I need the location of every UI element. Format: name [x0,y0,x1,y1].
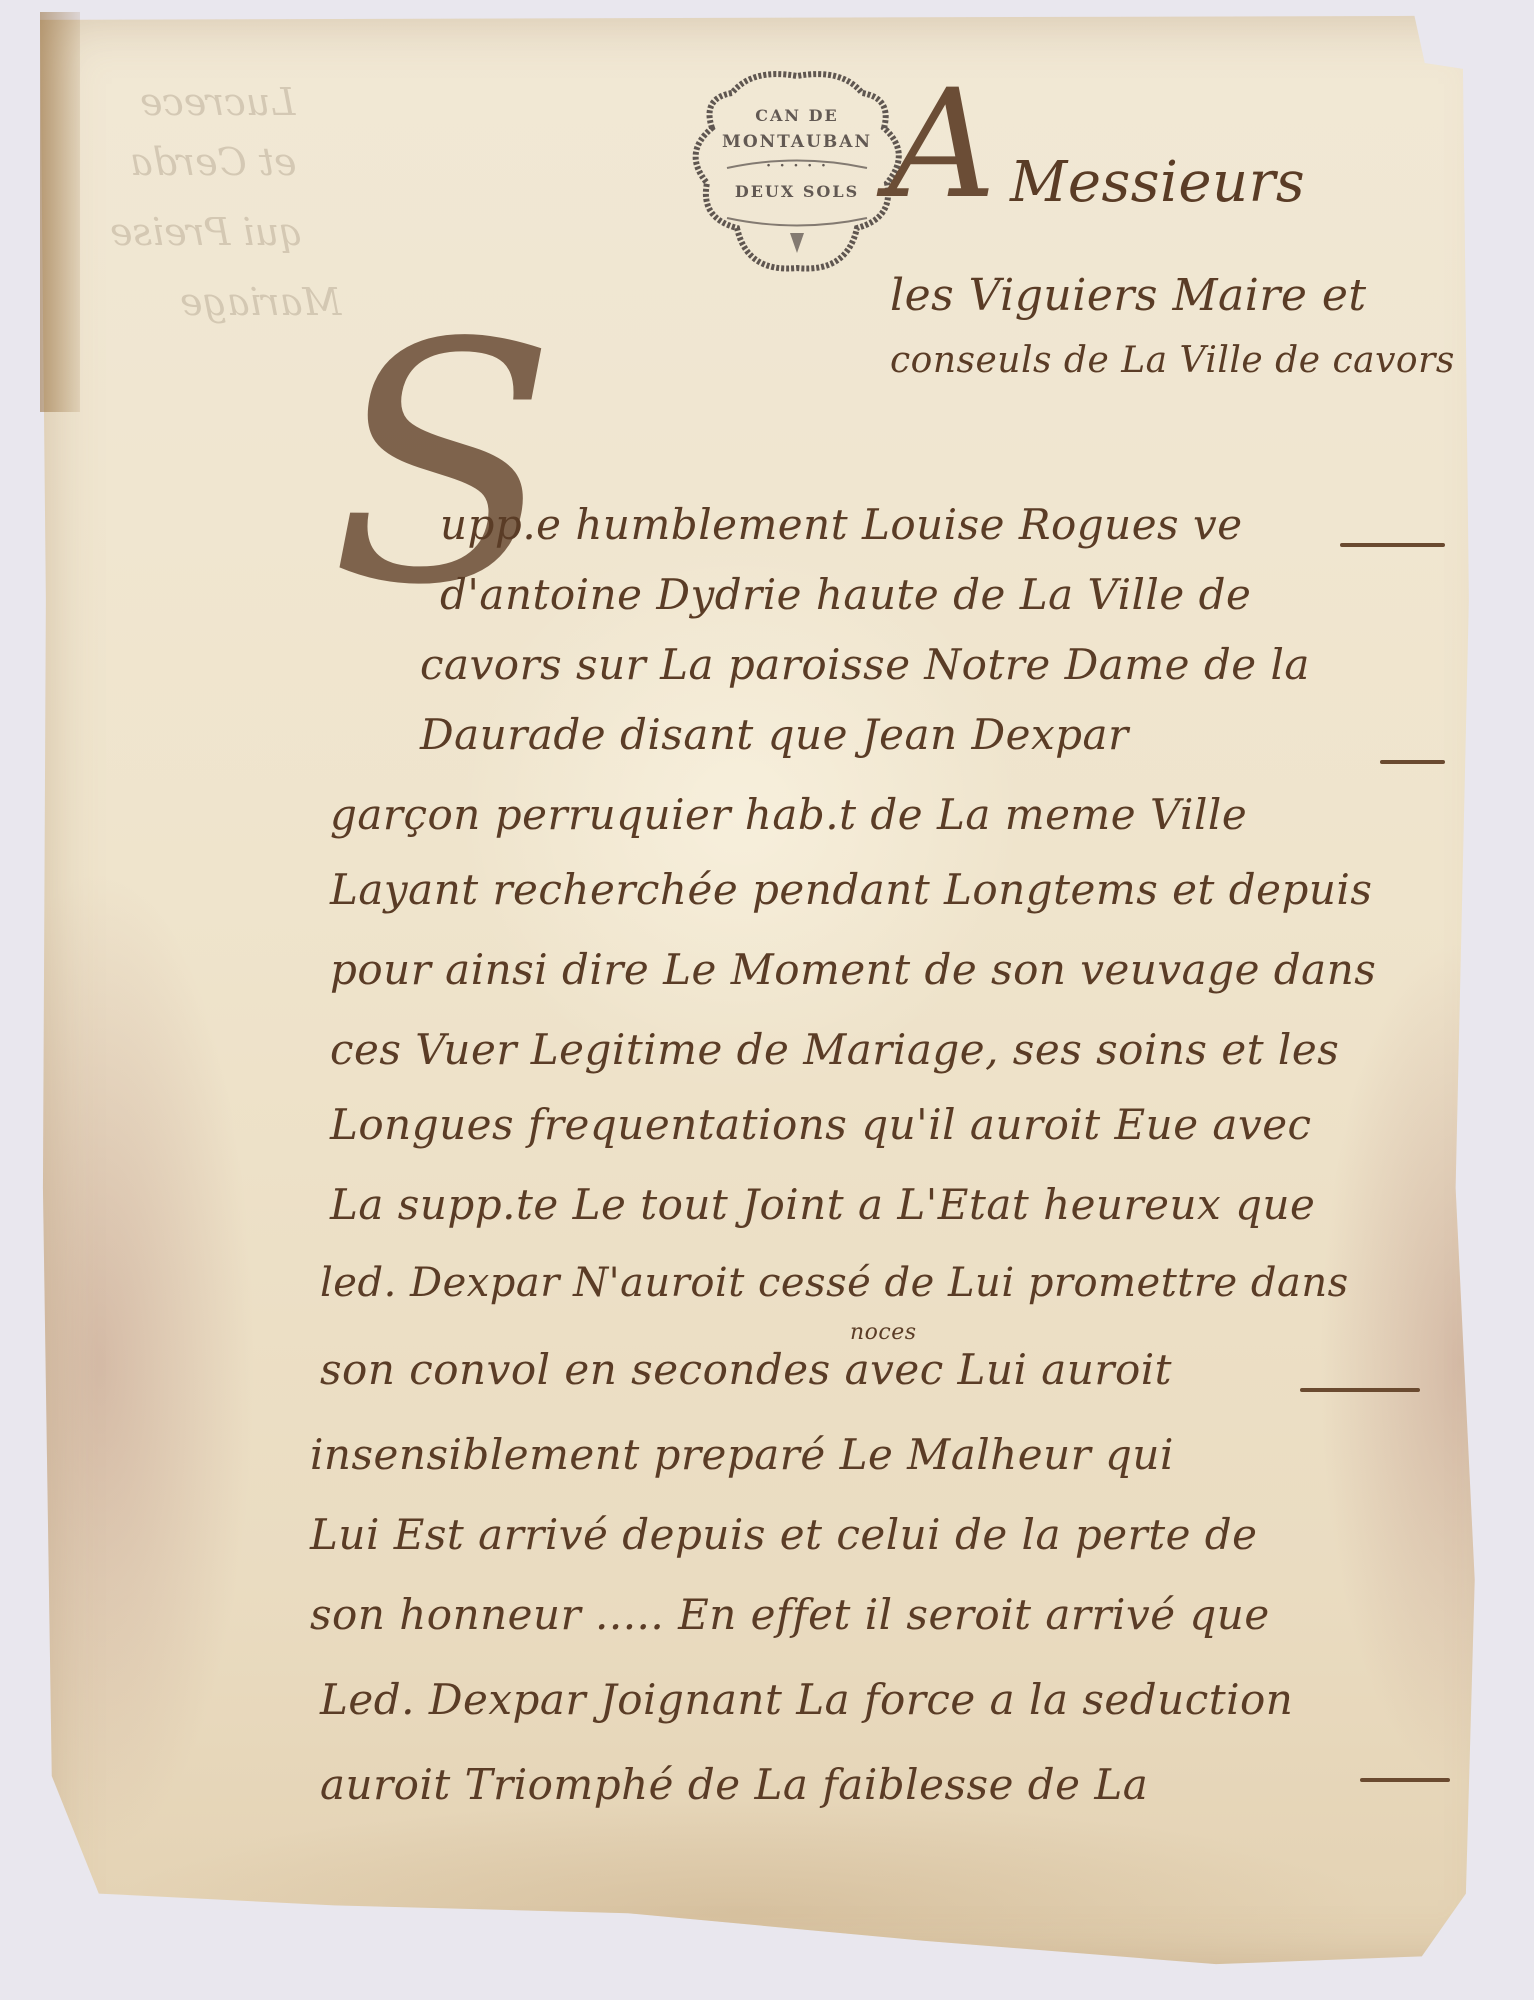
body-line-5: garçon perruquier hab.t de La meme Ville [330,790,1247,839]
body-line-9: Longues frequentations qu'il auroit Eue … [330,1100,1312,1149]
bleed-through-text: Lucrece [140,80,295,124]
stamp-line-2: MONTAUBAN [672,132,922,152]
address-line-1: Messieurs [1010,150,1305,215]
body-line-14: Lui Est arrivé depuis et celui de la per… [310,1510,1258,1559]
body-line-3: cavors sur La paroisse Notre Dame de la [420,640,1310,689]
tax-stamp: CAN DE MONTAUBAN · · · · · DEUX SOLS [672,58,922,288]
body-line-7: pour ainsi dire Le Moment de son veuvage… [330,945,1376,994]
line-filler-dash [1300,1388,1420,1392]
body-line-1: upp.e humblement Louise Rogues ve [440,500,1243,549]
line-filler-dash [1380,760,1445,764]
stamp-line-4: DEUX SOLS [672,182,922,201]
bleed-through-text: Mariage [180,280,341,324]
stamp-line-3: · · · · · [672,158,922,174]
address-line-2: les Viguiers Maire et [890,270,1367,321]
body-line-10: La supp.te Le tout Joint a L'Etat heureu… [330,1180,1315,1229]
line-filler-dash [1340,543,1445,547]
address-initial: A [888,70,996,220]
bleed-through-text: qui Preise [110,210,303,254]
body-line-11: led. Dexpar N'auroit cessé de Lui promet… [320,1260,1349,1306]
line-filler-dash [1360,1778,1450,1782]
body-line-15: son honneur ..... En effet il seroit arr… [310,1590,1270,1639]
left-edge-stain [40,12,80,412]
stamp-line-1: CAN DE [672,106,922,125]
interlinear-insertion: noces [850,1320,917,1345]
body-line-8: ces Vuer Legitime de Mariage, ses soins … [330,1025,1339,1074]
body-line-12: son convol en secondes avec Lui auroit [320,1345,1172,1394]
body-line-13: insensiblement preparé Le Malheur qui [310,1430,1174,1479]
body-line-2: d'antoine Dydrie haute de La Ville de [440,570,1251,619]
body-line-17: auroit Triomphé de La faiblesse de La [320,1760,1148,1809]
body-line-16: Led. Dexpar Joignant La force a la seduc… [320,1675,1293,1724]
bleed-through-text: et Cerda [130,140,297,184]
address-line-3: conseuls de La Ville de cavors [890,340,1455,381]
body-line-4: Daurade disant que Jean Dexpar [420,710,1129,759]
body-line-6: Layant recherchée pendant Longtems et de… [330,865,1372,914]
